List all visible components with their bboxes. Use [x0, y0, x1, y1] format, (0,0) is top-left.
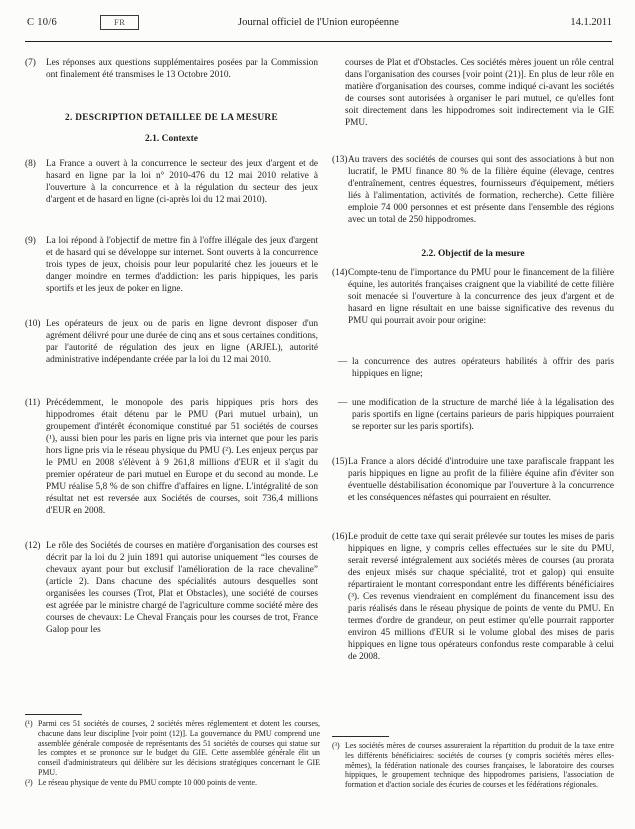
paragraph-text: Le rôle des Sociétés de courses en matiè…: [46, 540, 318, 636]
paragraph-text: Le produit de cette taxe qui serait prél…: [348, 531, 614, 663]
bullet-text: une modification de la structure de marc…: [352, 397, 614, 433]
bullet-item-1: — la concurrence des autres opérateurs h…: [338, 356, 614, 380]
right-footnotes: (³) Les sociétés mères de courses assure…: [332, 736, 614, 790]
paragraph-16: (16) Le produit de cette taxe qui serait…: [332, 531, 614, 663]
footnote-marker: (¹): [25, 719, 38, 778]
paragraph-text: Précédemment, le monopole des paris hipp…: [46, 397, 318, 517]
paragraph-7: (7) Les réponses aux questions supplémen…: [25, 57, 318, 81]
footnote-text: Parmi ces 51 sociétés de courses, 2 soci…: [38, 719, 320, 778]
section-2-2-heading: 2.2. Objectif de la mesure: [332, 248, 614, 260]
paragraph-12: (12) Le rôle des Sociétés de courses en …: [25, 540, 318, 636]
bullet-item-2: — une modification de la structure de ma…: [338, 397, 614, 433]
paragraph-text: Les opérateurs de jeux ou de paris en li…: [46, 318, 318, 366]
footnote-2: (²) Le réseau physique de vente du PMU c…: [25, 778, 320, 788]
paragraph-number: (7): [25, 57, 46, 81]
dash-bullet: —: [338, 356, 352, 380]
paragraph-number: (15): [332, 456, 348, 504]
paragraph-14: (14) Compte-tenu de l'importance du PMU …: [332, 267, 614, 327]
header-rule: [25, 41, 612, 42]
paragraph-text: La loi répond à l'objectif de mettre fin…: [46, 235, 318, 295]
paragraph-text: Les réponses aux questions supplémentair…: [46, 57, 318, 81]
paragraph-text: Au travers des sociétés de courses qui s…: [348, 154, 614, 226]
paragraph-8: (8) La France a ouvert à la concurrence …: [25, 158, 318, 206]
paragraph-number: (9): [25, 235, 46, 295]
page-header: C 10/6 FR Journal officiel de l'Union eu…: [25, 14, 612, 34]
issue-date: 14.1.2011: [570, 17, 612, 28]
footnote-marker: (³): [332, 741, 345, 790]
paragraph-number: (8): [25, 158, 46, 206]
footnote-marker: (²): [25, 778, 38, 788]
paragraph-number: (12): [25, 540, 46, 636]
dash-bullet: —: [338, 397, 352, 433]
paragraph-9: (9) La loi répond à l'objectif de mettre…: [25, 235, 318, 295]
footnote-separator: [332, 736, 389, 737]
paragraph-text: Compte-tenu de l'importance du PMU pour …: [348, 267, 614, 327]
paragraph-10: (10) Les opérateurs de jeux ou de paris …: [25, 318, 318, 366]
paragraph-number: (13): [332, 154, 348, 226]
journal-page: C 10/6 FR Journal officiel de l'Union eu…: [0, 0, 635, 829]
paragraph-number: (11): [25, 397, 46, 517]
paragraph-15: (15) La France a alors décidé d'introdui…: [332, 456, 614, 504]
paragraph-number: (10): [25, 318, 46, 366]
footnote-text: Le réseau physique de vente du PMU compt…: [38, 778, 320, 788]
section-2-1-heading: 2.1. Contexte: [25, 133, 318, 145]
paragraph-text: La France a ouvert à la concurrence le s…: [46, 158, 318, 206]
section-2-heading: 2. DESCRIPTION DETAILLEE DE LA MESURE: [25, 112, 318, 124]
paragraph-13: (13) Au travers des sociétés de courses …: [332, 154, 614, 226]
footnote-1: (¹) Parmi ces 51 sociétés de courses, 2 …: [25, 719, 320, 778]
footnote-separator: [25, 714, 82, 715]
footnote-3: (³) Les sociétés mères de courses assure…: [332, 741, 614, 790]
journal-title: Journal officiel de l'Union européenne: [25, 17, 612, 28]
right-column: courses de Plat et d'Obstacles. Ces soci…: [332, 57, 614, 663]
footnote-text: Les sociétés mères de courses assureraie…: [345, 741, 614, 790]
paragraph-number: (16): [332, 531, 348, 663]
left-column: (7) Les réponses aux questions supplémen…: [25, 57, 318, 636]
paragraph-11: (11) Précédemment, le monopole des paris…: [25, 397, 318, 517]
left-footnotes: (¹) Parmi ces 51 sociétés de courses, 2 …: [25, 714, 320, 788]
paragraph-text: La France a alors décidé d'introduire un…: [348, 456, 614, 504]
paragraph-12-continuation: courses de Plat et d'Obstacles. Ces soci…: [345, 57, 614, 129]
paragraph-number: (14): [332, 267, 348, 327]
bullet-text: la concurrence des autres opérateurs hab…: [352, 356, 614, 380]
